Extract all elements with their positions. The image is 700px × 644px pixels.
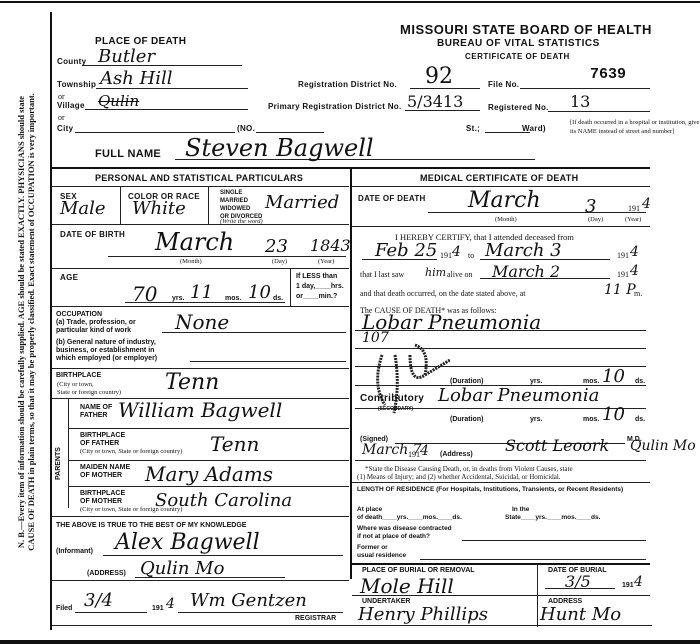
- registrar-line: [178, 612, 343, 613]
- bottom-edge: [0, 640, 700, 644]
- file-no-line: [520, 88, 650, 89]
- dod-year-field[interactable]: 4: [642, 196, 651, 212]
- filed-label: Filed: [56, 605, 72, 612]
- filed-year-field[interactable]: 4: [166, 596, 175, 612]
- birthplace-hint2: State or foreign country): [57, 389, 121, 396]
- street-number-line: [256, 132, 324, 133]
- board-title: MISSOURI STATE BOARD OF HEALTH: [400, 22, 652, 37]
- mother-name-field[interactable]: Mary Adams: [145, 462, 273, 486]
- occupation-b-line: [190, 361, 346, 362]
- last-saw-year-field[interactable]: 4: [630, 263, 639, 279]
- age-months-field[interactable]: 11: [190, 282, 213, 303]
- physician-signature[interactable]: Scott Leoork: [505, 436, 609, 455]
- day-caption: (Day): [588, 216, 603, 223]
- month-caption: (Month): [495, 216, 517, 223]
- village-label: Village: [57, 101, 85, 110]
- registered-no-field[interactable]: 13: [570, 92, 590, 111]
- primary-district-field[interactable]: 5/3413: [407, 92, 463, 111]
- registrar-label: REGISTRAR: [295, 615, 336, 622]
- township-label: Township: [57, 80, 96, 89]
- registration-district-field[interactable]: 92: [425, 64, 453, 89]
- occupation-label: OCCUPATION (a) Trade, profession, or par…: [56, 311, 136, 335]
- signed-year-prefix: 191: [408, 450, 420, 459]
- row-divider: [68, 486, 349, 487]
- row-divider: [52, 580, 349, 581]
- last-saw-date-field[interactable]: March 2: [492, 262, 560, 281]
- contributory-duration-field[interactable]: 10: [602, 404, 625, 425]
- row-divider: [52, 224, 349, 225]
- m-label: m.: [634, 289, 642, 298]
- row-divider: [352, 226, 650, 227]
- row-divider: [352, 482, 650, 483]
- physician-address-field[interactable]: Qulin Mo: [630, 438, 696, 454]
- day-caption: (Day): [272, 258, 287, 265]
- where-contracted-label2: if not at place of death?: [357, 533, 430, 540]
- county-field[interactable]: Butler: [98, 46, 155, 67]
- dod-day-field[interactable]: 3: [585, 196, 596, 217]
- burial-date-field[interactable]: 3/5: [565, 572, 591, 591]
- burial-year-prefix: 191: [622, 582, 634, 589]
- dob-day-field[interactable]: 23: [265, 236, 288, 257]
- certificate-title: CERTIFICATE OF DEATH: [465, 52, 570, 61]
- birthplace-hint1: (City or town,: [57, 381, 94, 388]
- bureau-subtitle: BUREAU OF VITAL STATISTICS: [437, 38, 600, 49]
- color-field[interactable]: White: [132, 198, 186, 219]
- ds-label: ds.: [273, 295, 283, 302]
- mother-birthplace-label: BIRTHPLACE OF MOTHER: [80, 490, 125, 506]
- undertaker-field[interactable]: Henry Phillips: [358, 604, 488, 625]
- duration-label: (Duration): [450, 416, 483, 423]
- from-year-prefix: 191: [440, 251, 452, 260]
- full-name-label: FULL NAME: [95, 148, 161, 160]
- city-line: [75, 132, 235, 133]
- side-instruction-note: N. B.—Every item of information should b…: [4, 0, 48, 644]
- to-year-field[interactable]: 4: [630, 244, 639, 260]
- where-contracted-label1: Where was disease contracted: [357, 525, 452, 532]
- ward-label: Ward): [522, 124, 546, 133]
- father-birthplace-field[interactable]: Tenn: [210, 432, 259, 456]
- contributory-label: Contributory: [360, 393, 424, 404]
- row-divider: [52, 268, 349, 269]
- or-text: or: [58, 92, 65, 101]
- former-residence-line: [420, 559, 646, 560]
- file-no-label: File No.: [488, 80, 519, 89]
- dob-line: [108, 256, 346, 257]
- from-year-field[interactable]: 4: [452, 244, 461, 260]
- informant-field[interactable]: Alex Bagwell: [115, 530, 260, 555]
- registration-district-label: Registration District No.: [298, 80, 397, 89]
- dod-month-field[interactable]: March: [468, 188, 541, 213]
- medical-heading: MEDICAL CERTIFICATE OF DEATH: [420, 173, 578, 183]
- father-name-field[interactable]: William Bagwell: [118, 398, 282, 422]
- filed-year-prefix: 191: [152, 605, 164, 612]
- burial-place-label: PLACE OF BURIAL OR REMOVAL: [362, 567, 475, 574]
- in-the-label: In the: [512, 506, 529, 513]
- registered-no-label: Registered No.: [488, 103, 549, 112]
- row-divider: [352, 563, 650, 565]
- mos-label: mos.: [583, 378, 599, 385]
- former-residence-label1: Former or: [357, 544, 388, 551]
- column-divider: [350, 167, 352, 579]
- filed-date-line: [75, 612, 147, 613]
- side-note-line1: N. B.—Every item of information should b…: [16, 12, 26, 632]
- secondary-label: (SECONDARY): [378, 406, 413, 412]
- mother-name-label: MAIDEN NAME OF MOTHER: [80, 464, 130, 480]
- from-date-field[interactable]: Feb 25: [375, 240, 437, 261]
- informant-label: (Informant): [56, 548, 93, 555]
- signed-date-line: [355, 460, 646, 461]
- row-divider: [352, 595, 650, 596]
- alive-on-text: alive on: [447, 270, 473, 279]
- state-row: State____yrs.____mos.____ds.: [505, 514, 600, 521]
- mother-birthplace-field[interactable]: South Carolina: [155, 490, 292, 511]
- address-label: (ADDRESS): [87, 570, 126, 577]
- birthplace-label: BIRTHPLACE: [56, 372, 101, 379]
- row-divider: [352, 186, 650, 187]
- file-no-field[interactable]: 7639: [590, 66, 626, 83]
- contributory-field[interactable]: Lobar Pneumonia: [438, 385, 599, 406]
- age-line: [125, 302, 285, 303]
- age-label: AGE: [60, 273, 78, 282]
- registered-no-line: [548, 111, 650, 112]
- sex-field[interactable]: Male: [60, 198, 106, 219]
- yrs-label: yrs.: [172, 295, 184, 302]
- side-note-line2: CAUSE OF DEATH in plain terms, so that i…: [26, 12, 36, 632]
- street-label: St.;: [466, 124, 480, 133]
- year-caption: (Year): [318, 258, 334, 265]
- primary-district-label: Primary Registration District No.: [268, 102, 402, 111]
- parents-divider: [68, 398, 69, 508]
- ds-label: ds.: [635, 378, 645, 385]
- dod-label: DATE OF DEATH: [358, 194, 426, 203]
- informant-line: [103, 555, 343, 556]
- township-field[interactable]: Ash Hill: [100, 68, 173, 89]
- burial-year-field[interactable]: 4: [634, 574, 643, 590]
- dob-label: DATE OF BIRTH: [60, 230, 125, 239]
- informant-address-field[interactable]: Qulin Mo: [140, 558, 224, 579]
- marital-options: SINGLE MARRIED WIDOWED OR DIVORCED: [220, 189, 262, 221]
- mos-label: mos.: [583, 416, 599, 423]
- form-left-border: [50, 12, 52, 630]
- year-caption: (Year): [625, 216, 641, 223]
- filed-date-field[interactable]: 3/4: [84, 590, 113, 611]
- true-statement: THE ABOVE IS TRUE TO THE BEST OF MY KNOW…: [56, 522, 246, 529]
- signed-year-field[interactable]: 4: [420, 443, 429, 459]
- dod-year-prefix: 191: [628, 204, 640, 213]
- marital-field[interactable]: Married: [265, 192, 339, 213]
- cell-divider: [290, 268, 291, 306]
- dob-year-field[interactable]: 1843: [310, 236, 351, 255]
- former-residence-label2: usual residence: [357, 552, 406, 559]
- registrar-signature[interactable]: Wm Gentzen: [190, 590, 307, 611]
- to-year-prefix: 191: [617, 251, 629, 260]
- or-text: or: [58, 113, 65, 122]
- occupation-b-label: (b) General nature of industry, business…: [56, 339, 157, 363]
- yrs-label: yrs.: [530, 378, 542, 385]
- residence-heading: LENGTH OF RESIDENCE (For Hospitals, Inst…: [357, 486, 647, 494]
- full-name-field[interactable]: Steven Bagwell: [185, 134, 374, 162]
- last-saw-text: that I last saw: [360, 270, 404, 279]
- footnote-line2: (1) Means of Injury; and (2) whether Acc…: [357, 473, 561, 481]
- at-place-label: At place: [357, 506, 382, 513]
- row-divider: [68, 460, 349, 461]
- of-death-row: of death____yrs.____mos.____ds.: [357, 514, 462, 521]
- row-divider: [52, 368, 349, 369]
- occupation-field[interactable]: None: [175, 310, 229, 334]
- ds-label: ds.: [635, 416, 645, 423]
- street-number-label: (NO.: [237, 124, 255, 133]
- dob-month-field[interactable]: March: [155, 228, 234, 256]
- village-field[interactable]: Qulin: [98, 92, 139, 110]
- city-label: City: [57, 124, 73, 133]
- yrs-label: yrs.: [530, 416, 542, 423]
- undertaker-address-field[interactable]: Hunt Mo: [540, 604, 621, 625]
- footnote-line1: *State the Disease Causing Death, or, in…: [365, 465, 573, 473]
- primary-duration-field[interactable]: 10: [602, 366, 625, 387]
- mos-label: mos.: [225, 295, 241, 302]
- duration-label: (Duration): [450, 378, 483, 385]
- to-label: to: [468, 251, 474, 260]
- row-divider: [52, 306, 349, 307]
- personal-heading: PERSONAL AND STATISTICAL PARTICULARS: [95, 173, 303, 183]
- father-birthplace-hint: (City or town, State or foreign country): [80, 448, 182, 455]
- death-time-text: and that death occurred, on the date sta…: [360, 289, 525, 298]
- bottom-divider: [52, 625, 652, 626]
- father-name-label: NAME OF FATHER: [80, 404, 112, 420]
- hospital-note: [If death occurred in a hospital or inst…: [570, 118, 700, 136]
- cell-divider: [120, 186, 121, 224]
- last-saw-year-prefix: 191: [617, 270, 629, 279]
- parents-label: PARENTS: [55, 447, 62, 480]
- to-date-field[interactable]: March 3: [485, 240, 562, 261]
- last-saw-pronoun[interactable]: him: [425, 266, 446, 279]
- where-contracted-line: [462, 540, 646, 541]
- row-divider: [52, 186, 349, 187]
- less-than-day: If LESS than 1 day,____hrs. or____min.?: [296, 272, 344, 302]
- cause-line: [355, 330, 646, 331]
- top-edge: [0, 1, 700, 3]
- row-divider: [52, 516, 349, 517]
- month-caption: (Month): [180, 258, 202, 265]
- birthplace-field[interactable]: Tenn: [165, 370, 219, 395]
- signed-address-label: (Address): [440, 451, 473, 458]
- age-days-field[interactable]: 10: [248, 282, 271, 303]
- death-time-field[interactable]: 11 P: [604, 282, 636, 298]
- cell-divider: [208, 186, 209, 224]
- father-birthplace-label: BIRTHPLACE OF FATHER: [80, 432, 125, 448]
- row-divider: [68, 428, 349, 429]
